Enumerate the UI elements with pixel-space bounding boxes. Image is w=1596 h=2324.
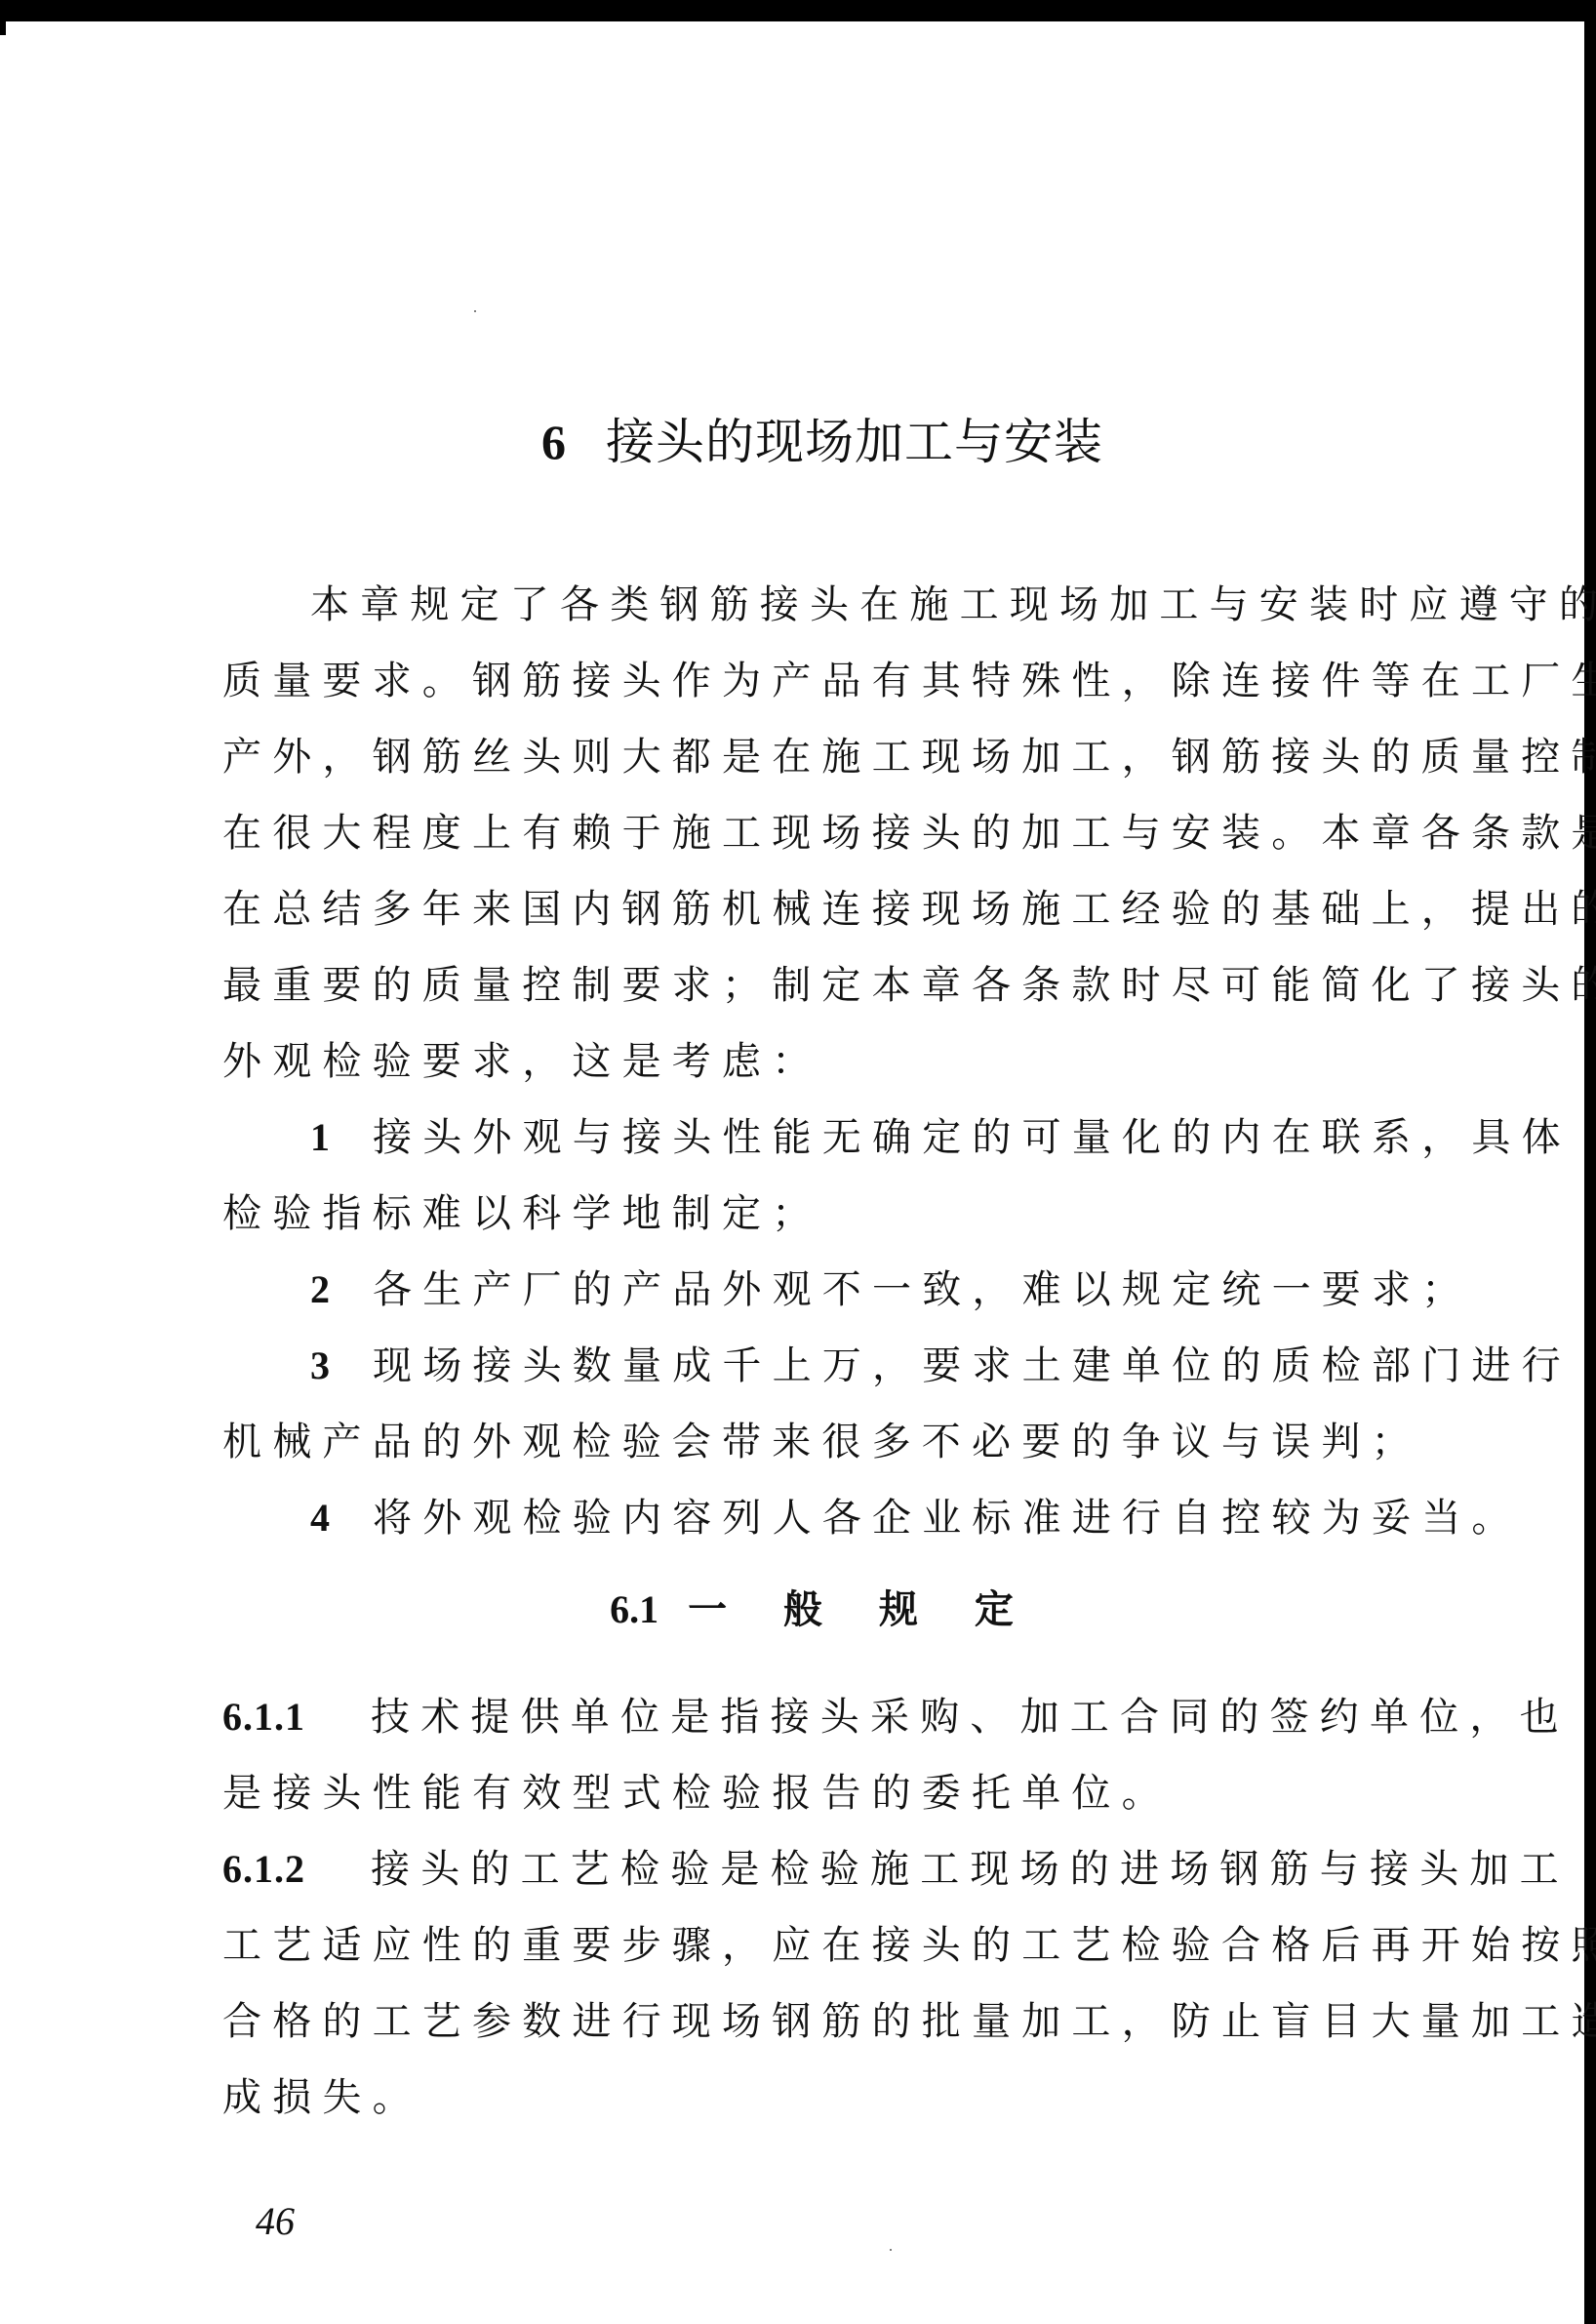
section-title-text: 一 般 规 定 (688, 1586, 1035, 1632)
scan-top-border (0, 0, 1596, 21)
list-item: 2各生产厂的产品外观不一致，难以规定统一要求； (222, 1262, 1422, 1317)
clause-text: 技术提供单位是指接头采购、加工合同的签约单位，也 (371, 1695, 1570, 1740)
clause-text: 接头的工艺检验是检验施工现场的进场钢筋与接头加工 (371, 1847, 1570, 1892)
list-item-text: 将外观检验内容列人各企业标准进行自控较为妥当。 (373, 1496, 1522, 1541)
list-item-number: 2 (310, 1262, 373, 1317)
intro-line: 在很大程度上有赖于施工现场接头的加工与安装。本章各条款是 (222, 806, 1422, 861)
chapter-title: 6接头的现场加工与安装 (222, 408, 1422, 476)
intro-line: 本章规定了各类钢筋接头在施工现场加工与安装时应遵守的 (222, 578, 1422, 632)
chapter-title-text: 接头的现场加工与安装 (606, 414, 1103, 470)
list-item-number: 3 (310, 1339, 373, 1393)
section-heading-6-1: 6.1一 般 规 定 (222, 1583, 1422, 1637)
list-item-continuation: 机械产品的外观检验会带来很多不必要的争议与误判； (222, 1415, 1422, 1469)
intro-line: 在总结多年来国内钢筋机械连接现场施工经验的基础上，提出的 (222, 882, 1422, 937)
intro-line: 产外，钢筋丝头则大都是在施工现场加工，钢筋接头的质量控制 (222, 730, 1422, 784)
list-item: 3现场接头数量成千上万，要求土建单位的质检部门进行 (222, 1339, 1422, 1393)
list-item: 1接头外观与接头性能无确定的可量化的内在联系，具体 (222, 1110, 1422, 1165)
chapter-number: 6 (541, 415, 567, 469)
clause-6-1-2: 6.1.2接头的工艺检验是检验施工现场的进场钢筋与接头加工 (222, 1842, 1422, 1897)
scan-speck (835, 1869, 838, 1872)
clause-number: 6.1.1 (222, 1690, 371, 1744)
list-item-number: 1 (310, 1110, 373, 1165)
intro-line: 最重要的质量控制要求；制定本章各条款时尽可能简化了接头的 (222, 958, 1422, 1013)
clause-number: 6.1.2 (222, 1842, 371, 1897)
scan-corner-mark (0, 21, 6, 35)
list-item: 4将外观检验内容列人各企业标准进行自控较为妥当。 (222, 1491, 1422, 1545)
clause-line: 成损失。 (222, 2070, 1422, 2125)
clause-line: 是接头性能有效型式检验报告的委托单位。 (222, 1766, 1422, 1821)
list-item-number: 4 (310, 1491, 373, 1545)
scan-right-border (1584, 0, 1596, 2324)
list-item-text: 现场接头数量成千上万，要求土建单位的质检部门进行 (373, 1343, 1572, 1388)
scan-speck (890, 2249, 892, 2251)
section-number: 6.1 (610, 1587, 658, 1631)
intro-line: 外观检验要求，这是考虑： (222, 1034, 1422, 1089)
list-item-continuation: 检验指标难以科学地制定； (222, 1186, 1422, 1241)
list-item-text: 各生产厂的产品外观不一致，难以规定统一要求； (373, 1267, 1471, 1312)
intro-line: 质量要求。钢筋接头作为产品有其特殊性，除连接件等在工厂生 (222, 654, 1422, 708)
clause-6-1-1: 6.1.1技术提供单位是指接头采购、加工合同的签约单位，也 (222, 1690, 1422, 1744)
scan-speck (474, 310, 476, 312)
page-number: 46 (256, 2197, 295, 2246)
clause-line: 合格的工艺参数进行现场钢筋的批量加工，防止盲目大量加工造 (222, 1994, 1422, 2049)
list-item-text: 接头外观与接头性能无确定的可量化的内在联系，具体 (373, 1115, 1572, 1160)
clause-line: 工艺适应性的重要步骤，应在接头的工艺检验合格后再开始按照 (222, 1918, 1422, 1973)
